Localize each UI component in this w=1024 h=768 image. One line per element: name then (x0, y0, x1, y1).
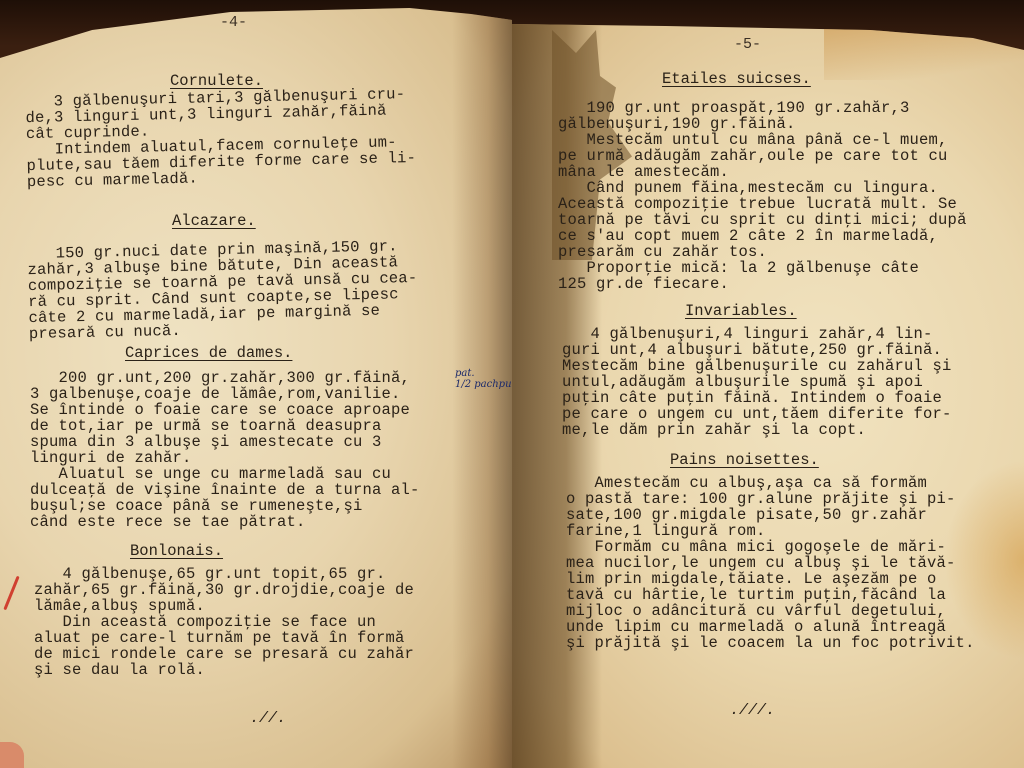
right-page: -5- Etailes suicses. 190 gr.unt proaspăt… (512, 0, 1024, 768)
page-footer-mark: .//. (250, 710, 286, 727)
recipe-title-bonlonais: Bonlonais. (130, 542, 223, 560)
page-number: -4- (220, 14, 247, 31)
recipe-body-pains-noisettes: Amestecăm cu albuş,aşa ca să formăm o pa… (566, 475, 975, 651)
page-footer-mark: .///. (730, 702, 775, 719)
recipe-body-bonlonais: 4 gălbenuşe,65 gr.unt topit,65 gr. zahăr… (34, 566, 414, 678)
recipe-title-invariables: Invariables. (685, 302, 797, 320)
recipe-title-etailes-suicses: Etailes suicses. (662, 70, 811, 88)
left-page: -4- Cornulete. 3 gălbenuşuri tari,3 gălb… (0, 0, 512, 768)
recipe-title-alcazare: Alcazare. (172, 212, 256, 230)
finger-holding-page (0, 742, 24, 768)
recipe-body-alcazare: 150 gr.nuci date prin maşină,150 gr. zah… (27, 238, 418, 342)
page-number: -5- (734, 36, 761, 53)
handwritten-note: pat. 1/2 pachpulver (455, 368, 512, 390)
recipe-body-etailes-suicses: 190 gr.unt proaspăt,190 gr.zahăr,3 gălbe… (558, 100, 967, 292)
recipe-body-caprices-de-dames: 200 gr.unt,200 gr.zahăr,300 gr.făină, 3 … (30, 370, 420, 530)
red-pen-mark (3, 576, 19, 611)
recipe-title-caprices-de-dames: Caprices de dames. (125, 344, 292, 362)
recipe-body-cornulete: 3 gălbenuşuri tari,3 gălbenuşuri cru- de… (25, 86, 416, 190)
recipe-body-invariables: 4 gălbenuşuri,4 linguri zahăr,4 lin- gur… (562, 326, 952, 438)
recipe-title-cornulete: Cornulete. (170, 72, 263, 90)
recipe-title-pains-noisettes: Pains noisettes. (670, 451, 819, 469)
